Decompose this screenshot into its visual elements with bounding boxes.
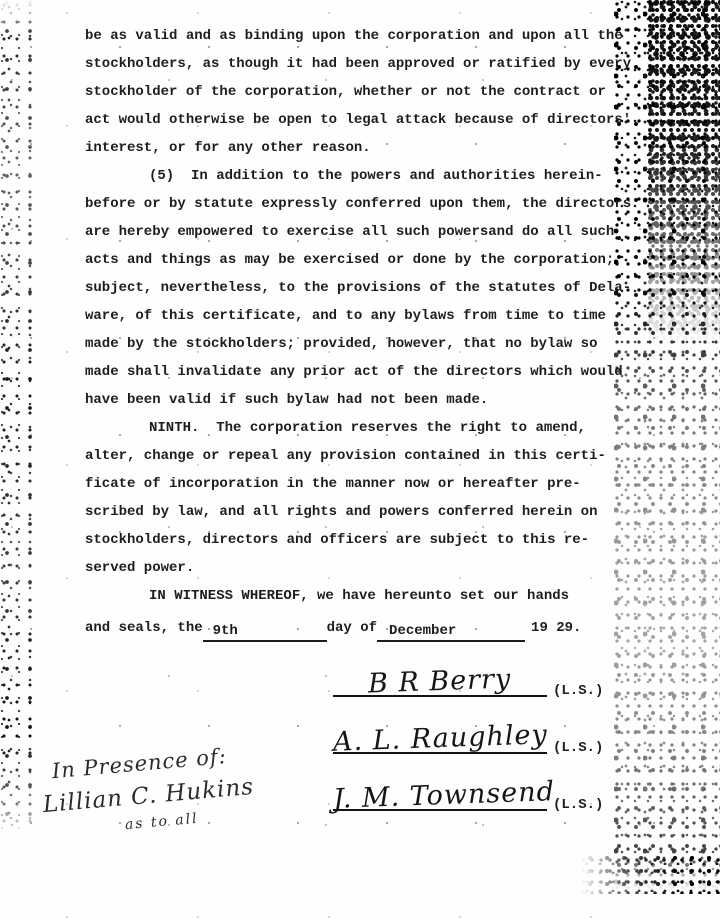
body-line: alter, change or repeal any provision co… xyxy=(85,442,657,470)
signature-line: J. M. Townsend xyxy=(333,780,547,811)
body-line: stockholder of the corporation, whether … xyxy=(85,78,657,106)
body-line: made by the stockholders; provided, howe… xyxy=(85,330,657,358)
seal-label: (L.S.) xyxy=(547,683,603,699)
date-middle: day of xyxy=(327,620,377,636)
scanned-document-page: be as valid and as binding upon the corp… xyxy=(0,0,720,919)
month-value: December xyxy=(389,623,456,639)
body-line: have been valid if such bylaw had not be… xyxy=(85,386,657,414)
signature-line: A. L. Raughley xyxy=(333,723,547,754)
witness-block: In Presence of: Lillian C. Hukins as to … xyxy=(39,736,325,840)
body-line: are hereby empowered to exercise all suc… xyxy=(85,218,657,246)
signature-row: B R Berry (L.S.) xyxy=(333,640,673,697)
body-line: IN WITNESS WHEREOF, we have hereunto set… xyxy=(85,582,657,610)
body-line: stockholders, as though it had been appr… xyxy=(85,50,657,78)
signature-name: B R Berry xyxy=(368,664,512,700)
body-line: NINTH. The corporation reserves the righ… xyxy=(85,414,657,442)
signature-name: A. L. Raughley xyxy=(333,719,549,757)
document-body: be as valid and as binding upon the corp… xyxy=(85,22,657,642)
seal-label: (L.S.) xyxy=(547,740,603,756)
body-line: interest, or for any other reason. xyxy=(85,134,657,162)
body-line: served power. xyxy=(85,554,657,582)
date-line: and seals, the9thday ofDecember19 29. xyxy=(85,614,657,642)
body-line: subject, nevertheless, to the provisions… xyxy=(85,274,657,302)
body-line: scribed by law, and all rights and power… xyxy=(85,498,657,526)
body-line: made shall invalidate any prior act of t… xyxy=(85,358,657,386)
year-value: 19 29. xyxy=(525,620,581,636)
signature-line: B R Berry xyxy=(333,666,547,697)
signature-row: A. L. Raughley (L.S.) xyxy=(333,697,673,754)
body-line: be as valid and as binding upon the corp… xyxy=(85,22,657,50)
scan-noise-bottom-right-streak xyxy=(580,856,720,894)
body-line: ware, of this certificate, and to any by… xyxy=(85,302,657,330)
day-blank: 9th xyxy=(203,620,327,642)
scan-noise-left-edge xyxy=(0,0,32,919)
signature-row: J. M. Townsend (L.S.) xyxy=(333,754,673,811)
body-line: (5) In addition to the powers and author… xyxy=(85,162,657,190)
body-lines: be as valid and as binding upon the corp… xyxy=(85,22,657,610)
scan-noise-top-right-blob xyxy=(648,0,720,345)
signature-block: B R Berry (L.S.) A. L. Raughley (L.S.) J… xyxy=(333,640,673,811)
body-line: ficate of incorporation in the manner no… xyxy=(85,470,657,498)
date-prefix: and seals, the xyxy=(85,620,203,636)
body-line: stockholders, directors and officers are… xyxy=(85,526,657,554)
body-line: before or by statute expressly conferred… xyxy=(85,190,657,218)
month-blank: December xyxy=(377,620,525,642)
signature-name: J. M. Townsend xyxy=(333,776,556,815)
seal-label: (L.S.) xyxy=(547,797,603,813)
body-line: acts and things as may be exercised or d… xyxy=(85,246,657,274)
body-line: act would otherwise be open to legal att… xyxy=(85,106,657,134)
day-value: 9th xyxy=(213,623,238,639)
